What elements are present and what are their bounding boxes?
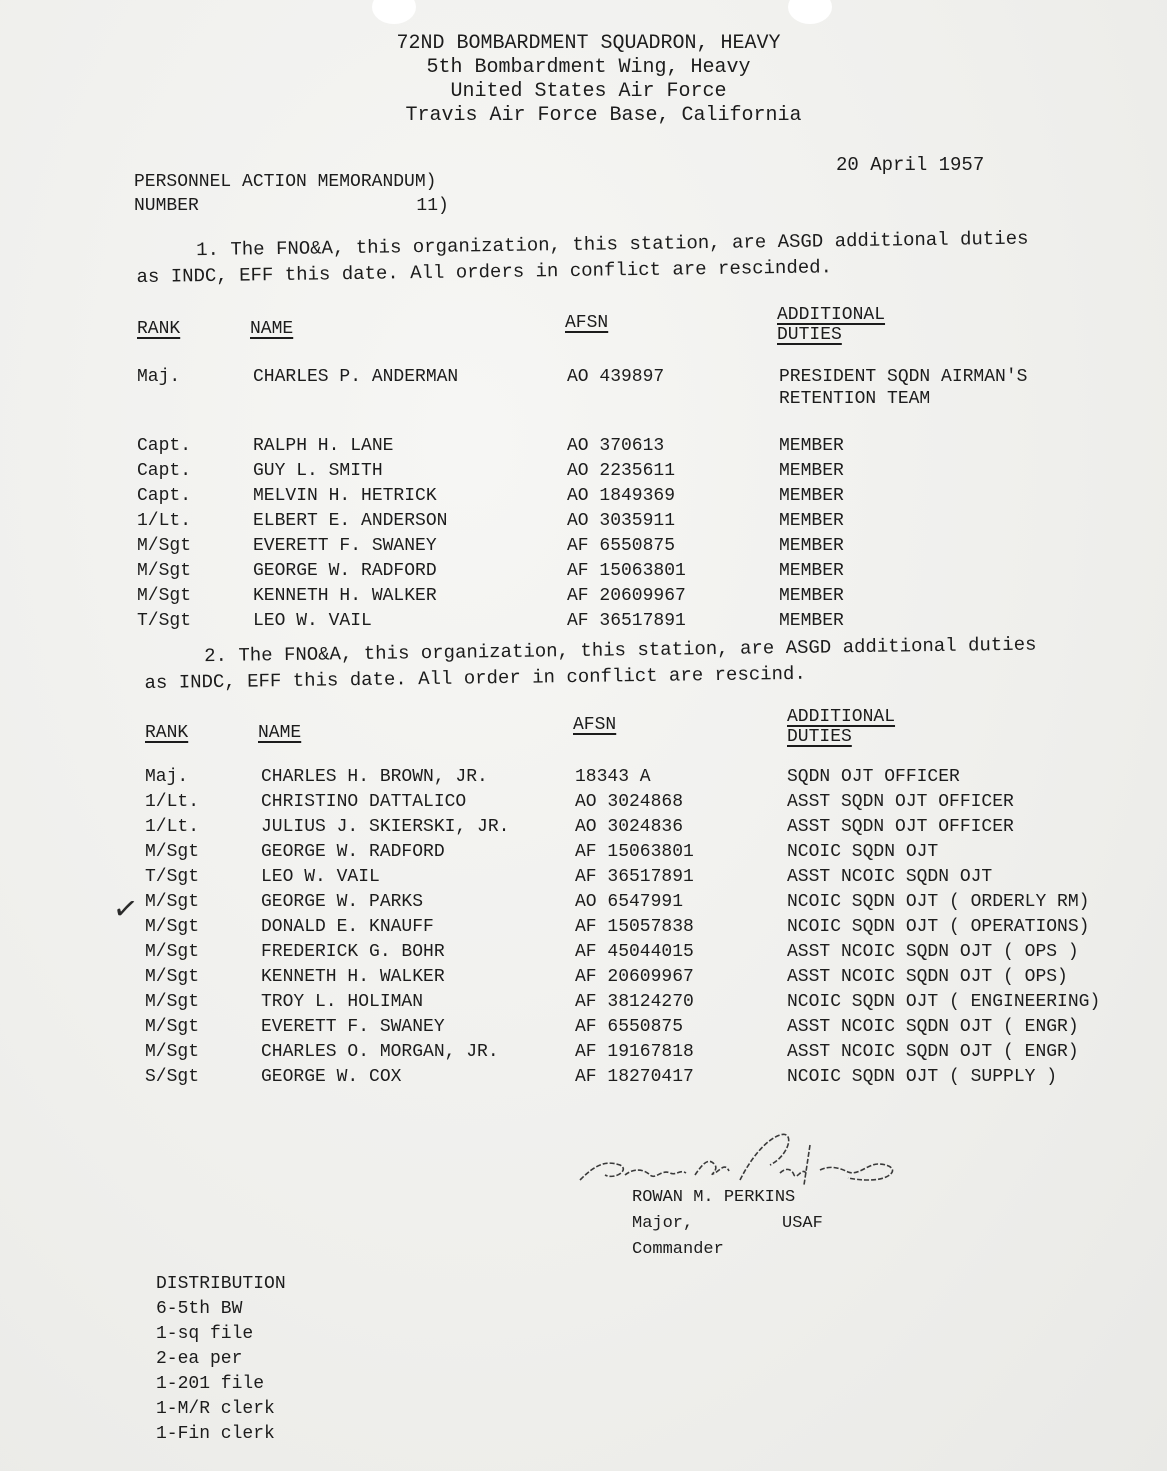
name-cell: GEORGE W. RADFORD (261, 842, 445, 862)
name-cell: EVERETT F. SWANEY (261, 1017, 445, 1037)
name-cell: KENNETH H. WALKER (253, 586, 437, 606)
rank-cell: M/Sgt (137, 586, 191, 606)
rank-cell: M/Sgt (145, 942, 199, 962)
afsn-cell: AF 36517891 (567, 611, 686, 631)
duty-cell-continued: RETENTION TEAM (779, 389, 930, 409)
name-cell: EVERETT F. SWANEY (253, 536, 437, 556)
duty-cell: MEMBER (779, 586, 844, 606)
name-cell: CHARLES P. ANDERMAN (253, 367, 458, 387)
signer-service: USAF (782, 1211, 823, 1237)
rank-cell: M/Sgt (145, 1017, 199, 1037)
column-header-afsn: AFSN (573, 715, 616, 735)
name-cell: GEORGE W. COX (261, 1067, 401, 1087)
afsn-cell: AF 6550875 (567, 536, 675, 556)
duty-cell: NCOIC SQDN OJT ( ORDERLY RM) (787, 892, 1089, 912)
signer-name: ROWAN M. PERKINS (632, 1185, 795, 1211)
afsn-cell: AF 15063801 (567, 561, 686, 581)
rank-cell: T/Sgt (137, 611, 191, 631)
rank-cell: Maj. (137, 367, 180, 387)
section-number: 2. (204, 645, 227, 667)
distribution-item: 1-M/R clerk (156, 1397, 286, 1422)
afsn-cell: AO 2235611 (567, 461, 675, 481)
rank-cell: Capt. (137, 486, 191, 506)
signer-rank: Major, (632, 1211, 795, 1237)
service-name: United States Air Force (5, 80, 1167, 104)
duty-cell: ASST NCOIC SQDN OJT (787, 867, 992, 887)
rank-cell: Maj. (145, 767, 188, 787)
name-cell: LEO W. VAIL (253, 611, 372, 631)
duty-cell: NCOIC SQDN OJT ( OPERATIONS) (787, 917, 1089, 937)
duty-cell: PRESIDENT SQDN AIRMAN'S (779, 367, 1027, 387)
name-cell: JULIUS J. SKIERSKI, JR. (261, 817, 509, 837)
rank-cell: M/Sgt (145, 992, 199, 1012)
rank-cell: Capt. (137, 461, 191, 481)
duty-cell: ASST NCOIC SQDN OJT ( ENGR) (787, 1017, 1079, 1037)
name-cell: KENNETH H. WALKER (261, 967, 445, 987)
duty-cell: ASST NCOIC SQDN OJT ( OPS ) (787, 942, 1079, 962)
rank-cell: M/Sgt (145, 892, 199, 912)
distribution-item: 1-201 file (156, 1372, 286, 1397)
rank-cell: M/Sgt (137, 561, 191, 581)
section-1-paragraph: 1. The FNO&A, this organization, this st… (136, 224, 1127, 290)
duty-cell: MEMBER (779, 511, 844, 531)
afsn-cell: AO 3024836 (575, 817, 683, 837)
rank-cell: M/Sgt (145, 917, 199, 937)
memo-number: 11) (199, 194, 449, 218)
squadron-name: 72ND BOMBARDMENT SQUADRON, HEAVY (5, 32, 1167, 56)
duty-cell: SQDN OJT OFFICER (787, 767, 960, 787)
afsn-cell: AF 6550875 (575, 1017, 683, 1037)
section-number: 1. (196, 239, 219, 261)
duty-cell: ASST SQDN OJT OFFICER (787, 792, 1014, 812)
rank-cell: T/Sgt (145, 867, 199, 887)
duty-cell: MEMBER (779, 536, 844, 556)
distribution-item: 1-Fin clerk (156, 1422, 286, 1447)
base-name: Travis Air Force Base, California (20, 104, 1167, 128)
afsn-cell: 18343 A (575, 767, 651, 787)
afsn-cell: AO 439897 (567, 367, 664, 387)
wing-name: 5th Bombardment Wing, Heavy (5, 56, 1167, 80)
column-header-rank: RANK (145, 723, 188, 743)
name-cell: MELVIN H. HETRICK (253, 486, 437, 506)
duty-cell: ASST NCOIC SQDN OJT ( OPS) (787, 967, 1068, 987)
rank-cell: 1/Lt. (145, 792, 199, 812)
memo-number-label: NUMBER (134, 196, 199, 216)
distribution-list: DISTRIBUTION 6-5th BW1-sq file2-ea per1-… (156, 1272, 286, 1447)
duty-cell: ASST NCOIC SQDN OJT ( ENGR) (787, 1042, 1079, 1062)
duty-cell: MEMBER (779, 486, 844, 506)
memo-title: PERSONNEL ACTION MEMORANDUM) (134, 170, 449, 194)
name-cell: FREDERICK G. BOHR (261, 942, 445, 962)
distribution-item: 6-5th BW (156, 1297, 286, 1322)
duty-cell: MEMBER (779, 611, 844, 631)
afsn-cell: AF 38124270 (575, 992, 694, 1012)
afsn-cell: AF 15063801 (575, 842, 694, 862)
letterhead: 72ND BOMBARDMENT SQUADRON, HEAVY 5th Bom… (0, 32, 1167, 128)
afsn-cell: AO 3035911 (567, 511, 675, 531)
document-page: 72ND BOMBARDMENT SQUADRON, HEAVY 5th Bom… (0, 0, 1167, 1471)
duty-cell: NCOIC SQDN OJT ( ENGINEERING) (787, 992, 1100, 1012)
column-header-rank: RANK (137, 319, 180, 339)
afsn-cell: AO 6547991 (575, 892, 683, 912)
name-cell: LEO W. VAIL (261, 867, 380, 887)
name-cell: GUY L. SMITH (253, 461, 383, 481)
afsn-cell: AF 15057838 (575, 917, 694, 937)
name-cell: RALPH H. LANE (253, 436, 393, 456)
column-header-name: NAME (258, 723, 301, 743)
signature-block: ROWAN M. PERKINS Major, USAF Commander (632, 1185, 795, 1263)
distribution-heading: DISTRIBUTION (156, 1272, 286, 1297)
duty-cell: MEMBER (779, 461, 844, 481)
signer-title: Commander (632, 1237, 795, 1263)
duty-cell: NCOIC SQDN OJT (787, 842, 938, 862)
punch-hole (788, 0, 832, 24)
rank-cell: 1/Lt. (145, 817, 199, 837)
rank-cell: M/Sgt (145, 967, 199, 987)
duty-cell: NCOIC SQDN OJT ( SUPPLY ) (787, 1067, 1057, 1087)
afsn-cell: AO 3024868 (575, 792, 683, 812)
column-header-afsn: AFSN (565, 313, 608, 333)
column-header-name: NAME (250, 319, 293, 339)
check-mark-icon: ✓ (111, 890, 141, 928)
distribution-item: 2-ea per (156, 1347, 286, 1372)
name-cell: GEORGE W. RADFORD (253, 561, 437, 581)
name-cell: GEORGE W. PARKS (261, 892, 423, 912)
name-cell: CHARLES O. MORGAN, JR. (261, 1042, 499, 1062)
section-2-paragraph: 2. The FNO&A, this organization, this st… (144, 630, 1135, 696)
afsn-cell: AO 1849369 (567, 486, 675, 506)
afsn-cell: AO 370613 (567, 436, 664, 456)
rank-cell: M/Sgt (137, 536, 191, 556)
name-cell: CHARLES H. BROWN, JR. (261, 767, 488, 787)
afsn-cell: AF 20609967 (567, 586, 686, 606)
afsn-cell: AF 20609967 (575, 967, 694, 987)
column-header-duties: ADDITIONAL DUTIES (777, 305, 885, 345)
afsn-cell: AF 45044015 (575, 942, 694, 962)
punch-hole (372, 0, 416, 24)
afsn-cell: AF 19167818 (575, 1042, 694, 1062)
rank-cell: M/Sgt (145, 842, 199, 862)
distribution-item: 1-sq file (156, 1322, 286, 1347)
name-cell: TROY L. HOLIMAN (261, 992, 423, 1012)
name-cell: ELBERT E. ANDERSON (253, 511, 447, 531)
rank-cell: M/Sgt (145, 1042, 199, 1062)
duty-cell: MEMBER (779, 561, 844, 581)
afsn-cell: AF 18270417 (575, 1067, 694, 1087)
duty-cell: MEMBER (779, 436, 844, 456)
rank-cell: Capt. (137, 436, 191, 456)
afsn-cell: AF 36517891 (575, 867, 694, 887)
column-header-duties: ADDITIONAL DUTIES (787, 707, 895, 747)
memo-date: 20 April 1957 (836, 154, 984, 176)
duty-cell: ASST SQDN OJT OFFICER (787, 817, 1014, 837)
rank-cell: S/Sgt (145, 1067, 199, 1087)
name-cell: CHRISTINO DATTALICO (261, 792, 466, 812)
memo-identifier: PERSONNEL ACTION MEMORANDUM) NUMBER11) (134, 170, 449, 218)
name-cell: DONALD E. KNAUFF (261, 917, 434, 937)
rank-cell: 1/Lt. (137, 511, 191, 531)
